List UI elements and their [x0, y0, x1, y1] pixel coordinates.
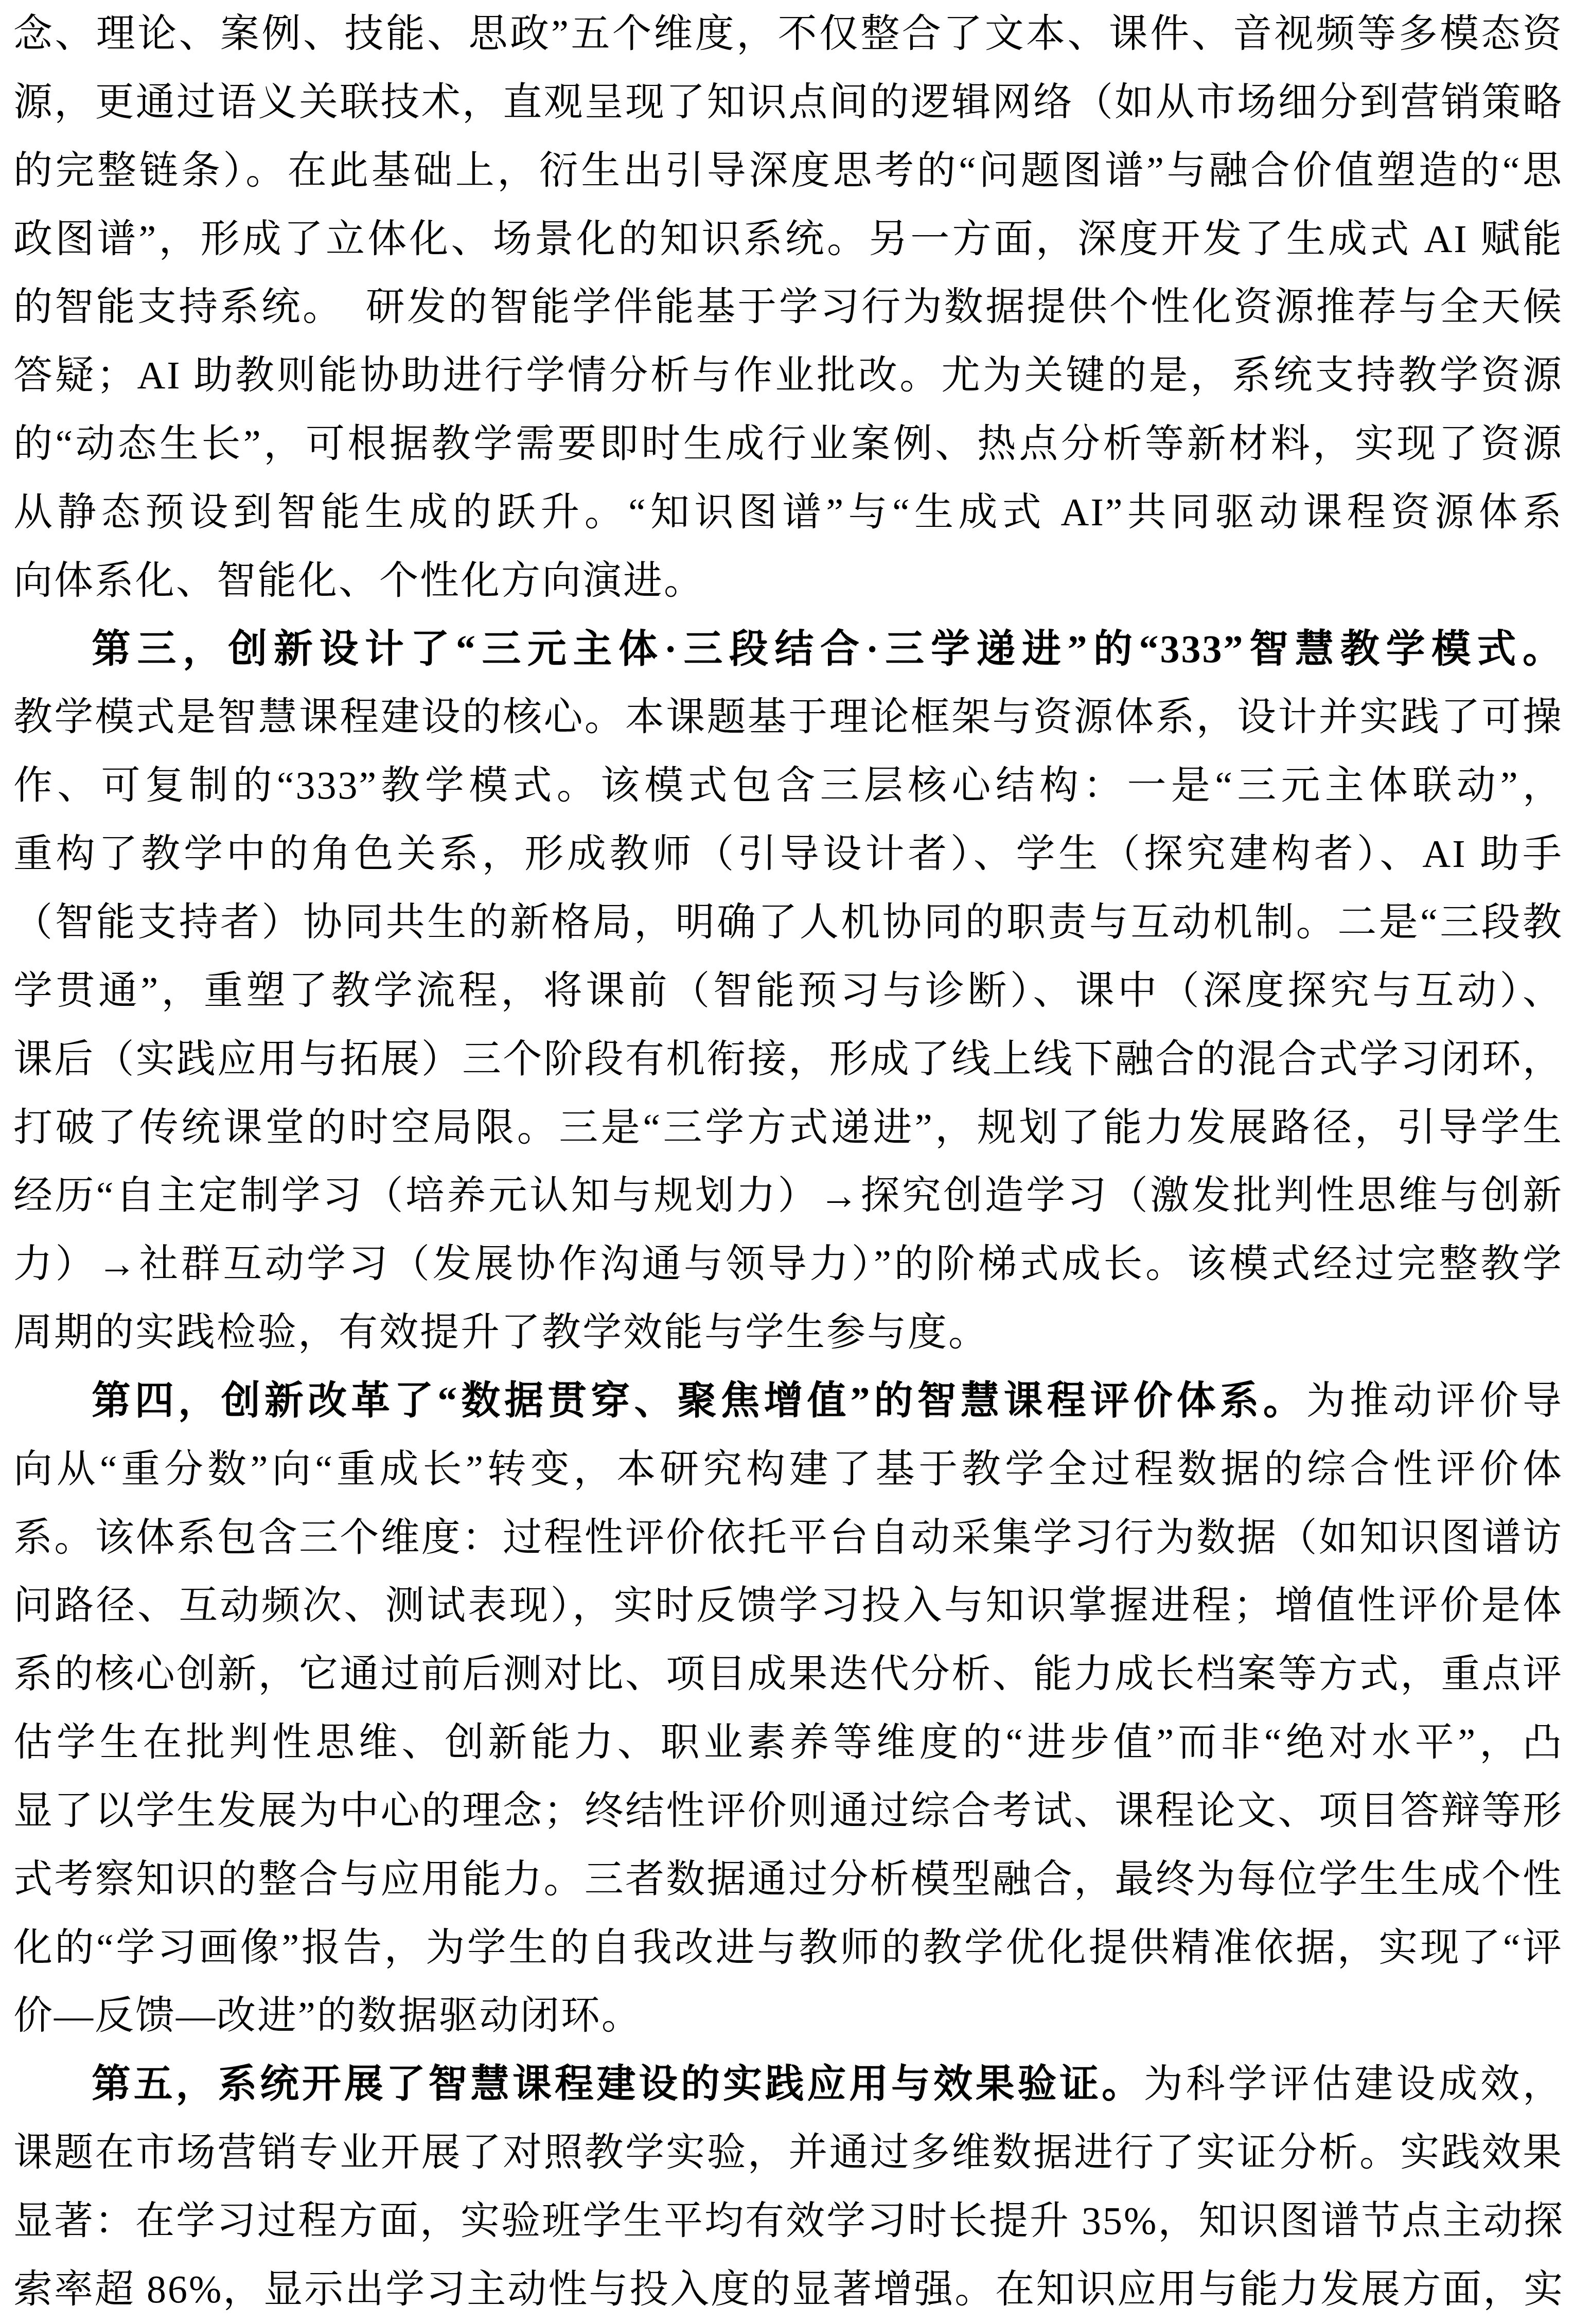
document-body: 念、理论、案例、技能、思政”五个维度，不仅整合了文本、课件、音视频等多模态资源，… — [13, 0, 1563, 2324]
text-line: 价—反馈—改进”的数据驱动闭环。 — [13, 1982, 1563, 2050]
text-run: 重构了教学中的角色关系，形成教师（引导设计者）、学生（探究建构者）、AI 助手 — [13, 832, 1563, 876]
text-line: 学贯通”，重塑了教学流程，将课前（智能预习与诊断）、课中（深度探究与互动）、 — [13, 957, 1563, 1025]
text-line: 式考察知识的整合与应用能力。三者数据通过分析模型融合，最终为每位学生生成个性 — [13, 1846, 1563, 1914]
text-run: 打破了传统课堂的时空局限。三是“三学方式递进”，规划了能力发展路径，引导学生 — [13, 1106, 1563, 1149]
text-line: 经历“自主定制学习（培养元认知与规划力）→探究创造学习（激发批判性思维与创新 — [13, 1162, 1563, 1230]
text-run: 为推动评价导 — [1306, 1379, 1563, 1423]
text-line: 系的核心创新，它通过前后测对比、项目成果迭代分析、能力成长档案等方式，重点评 — [13, 1640, 1563, 1709]
text-run: 学贯通”，重塑了教学流程，将课前（智能预习与诊断）、课中（深度探究与互动）、 — [13, 969, 1563, 1013]
text-line: 第四，创新改革了“数据贯穿、聚焦增值”的智慧课程评价体系。为推动评价导 — [13, 1367, 1563, 1435]
text-line: 的智能支持系统。 研发的智能学伴能基于学习行为数据提供个性化资源推荐与全天候 — [13, 273, 1563, 342]
text-line: 显了以学生发展为中心的理念；终结性评价则通过综合考试、课程论文、项目答辩等形 — [13, 1777, 1563, 1846]
text-run: 政图谱”，形成了立体化、场景化的知识系统。另一方面，深度开发了生成式 AI 赋能 — [13, 218, 1563, 261]
text-run: （智能支持者）协同共生的新格局，明确了人机协同的职责与互动机制。二是“三段教 — [13, 901, 1563, 944]
text-run: 系的核心创新，它通过前后测对比、项目成果迭代分析、能力成长档案等方式，重点评 — [13, 1653, 1563, 1696]
text-run: 作、可复制的“333”教学模式。该模式包含三层核心结构：一是“三元主体联动”， — [13, 764, 1563, 807]
text-line: 周期的实践检验，有效提升了教学效能与学生参与度。 — [13, 1299, 1563, 1367]
text-run: 索率超 86%，显示出学习主动性与投入度的显著增强。在知识应用与能力发展方面，实 — [13, 2268, 1564, 2311]
text-line: 课后（实践应用与拓展）三个阶段有机衔接，形成了线上线下融合的混合式学习闭环， — [13, 1025, 1563, 1094]
text-line: 第五，系统开展了智慧课程建设的实践应用与效果验证。为科学评估建设成效， — [13, 2050, 1563, 2119]
text-run: 系。该体系包含三个维度：过程性评价依托平台自动采集学习行为数据（如知识图谱访 — [13, 1516, 1563, 1559]
text-run: 价—反馈—改进”的数据驱动闭环。 — [13, 1994, 642, 2037]
text-run: 力）→社群互动学习（发展协作沟通与领导力）”的阶梯式成长。该模式经过完整教学 — [13, 1243, 1563, 1286]
text-line: 从静态预设到智能生成的跃升。“知识图谱”与“生成式 AI”共同驱动课程资源体系 — [13, 478, 1563, 547]
text-line: 重构了教学中的角色关系，形成教师（引导设计者）、学生（探究建构者）、AI 助手 — [13, 820, 1563, 889]
text-run: 的“动态生长”，可根据教学需要即时生成行业案例、热点分析等新材料，实现了资源 — [13, 422, 1563, 466]
text-line: 问路径、互动频次、测试表现），实时反馈学习投入与知识掌握进程；增值性评价是体 — [13, 1572, 1563, 1640]
text-run: 化的“学习画像”报告，为学生的自我改进与教师的教学优化提供精准依据，实现了“评 — [13, 1926, 1563, 1970]
text-run: 周期的实践检验，有效提升了教学效能与学生参与度。 — [13, 1311, 989, 1354]
text-run: 问路径、互动频次、测试表现），实时反馈学习投入与知识掌握进程；增值性评价是体 — [13, 1584, 1563, 1627]
text-line: 答疑；AI 助教则能协助进行学情分析与作业批改。尤为关键的是，系统支持教学资源 — [13, 342, 1563, 410]
text-run: 向体系化、智能化、个性化方向演进。 — [13, 559, 704, 602]
text-run: 向从“重分数”向“重成长”转变，本研究构建了基于教学全过程数据的综合性评价体 — [13, 1448, 1563, 1491]
text-line: 化的“学习画像”报告，为学生的自我改进与教师的教学优化提供精准依据，实现了“评 — [13, 1914, 1563, 1982]
text-line: 估学生在批判性思维、创新能力、职业素养等维度的“进步值”而非“绝对水平”，凸 — [13, 1709, 1563, 1777]
text-line: 向从“重分数”向“重成长”转变，本研究构建了基于教学全过程数据的综合性评价体 — [13, 1435, 1563, 1504]
text-run: 显著：在学习过程方面，实验班学生平均有效学习时长提升 35%，知识图谱节点主动探 — [13, 2199, 1564, 2243]
text-line: 第三，创新设计了“三元主体·三段结合·三学递进”的“333”智慧教学模式。 — [13, 615, 1563, 684]
text-line: 教学模式是智慧课程建设的核心。本课题基于理论框架与资源体系，设计并实践了可操 — [13, 683, 1563, 752]
text-line: 显著：在学习过程方面，实验班学生平均有效学习时长提升 35%，知识图谱节点主动探 — [13, 2187, 1563, 2256]
text-run: 源，更通过语义关联技术，直观呈现了知识点间的逻辑网络（如从市场细分到营销策略 — [13, 81, 1563, 124]
bold-text-run: 第三，创新设计了“三元主体·三段结合·三学递进”的“333”智慧教学模式。 — [92, 628, 1563, 671]
text-run: 的完整链条）。在此基础上，衍生出引导深度思考的“问题图谱”与融合价值塑造的“思 — [13, 149, 1563, 192]
text-line: 系。该体系包含三个维度：过程性评价依托平台自动采集学习行为数据（如知识图谱访 — [13, 1504, 1563, 1572]
text-run: 念、理论、案例、技能、思政”五个维度，不仅整合了文本、课件、音视频等多模态资 — [13, 12, 1563, 56]
text-line: 的“动态生长”，可根据教学需要即时生成行业案例、热点分析等新材料，实现了资源 — [13, 410, 1563, 478]
text-line: 作、可复制的“333”教学模式。该模式包含三层核心结构：一是“三元主体联动”， — [13, 752, 1563, 820]
text-line: （智能支持者）协同共生的新格局，明确了人机协同的职责与互动机制。二是“三段教 — [13, 889, 1563, 957]
text-line: 政图谱”，形成了立体化、场景化的知识系统。另一方面，深度开发了生成式 AI 赋能 — [13, 205, 1563, 274]
text-run: 教学模式是智慧课程建设的核心。本课题基于理论框架与资源体系，设计并实践了可操 — [13, 696, 1563, 739]
text-run: 经历“自主定制学习（培养元认知与规划力）→探究创造学习（激发批判性思维与创新 — [13, 1174, 1563, 1217]
bold-text-run: 第四，创新改革了“数据贯穿、聚焦增值”的智慧课程评价体系。 — [92, 1379, 1306, 1423]
text-run: 为科学评估建设成效， — [1144, 2063, 1563, 2106]
text-line: 课题在市场营销专业开展了对照教学实验，并通过多维数据进行了实证分析。实践效果 — [13, 2119, 1563, 2187]
text-run: 式考察知识的整合与应用能力。三者数据通过分析模型融合，最终为每位学生生成个性 — [13, 1858, 1563, 1901]
text-line: 力）→社群互动学习（发展协作沟通与领导力）”的阶梯式成长。该模式经过完整教学 — [13, 1230, 1563, 1299]
text-run: 的智能支持系统。 研发的智能学伴能基于学习行为数据提供个性化资源推荐与全天候 — [13, 286, 1563, 329]
document-page: 念、理论、案例、技能、思政”五个维度，不仅整合了文本、课件、音视频等多模态资源，… — [0, 0, 1574, 2324]
text-run: 从静态预设到智能生成的跃升。“知识图谱”与“生成式 AI”共同驱动课程资源体系 — [13, 491, 1563, 534]
text-line: 源，更通过语义关联技术，直观呈现了知识点间的逻辑网络（如从市场细分到营销策略 — [13, 68, 1563, 137]
text-line: 的完整链条）。在此基础上，衍生出引导深度思考的“问题图谱”与融合价值塑造的“思 — [13, 137, 1563, 205]
text-line: 向体系化、智能化、个性化方向演进。 — [13, 547, 1563, 615]
text-line: 打破了传统课堂的时空局限。三是“三学方式递进”，规划了能力发展路径，引导学生 — [13, 1094, 1563, 1162]
text-run: 答疑；AI 助教则能协助进行学情分析与作业批改。尤为关键的是，系统支持教学资源 — [13, 354, 1563, 397]
text-line: 念、理论、案例、技能、思政”五个维度，不仅整合了文本、课件、音视频等多模态资 — [13, 0, 1563, 68]
text-run: 估学生在批判性思维、创新能力、职业素养等维度的“进步值”而非“绝对水平”，凸 — [13, 1721, 1563, 1764]
text-run: 课后（实践应用与拓展）三个阶段有机衔接，形成了线上线下融合的混合式学习闭环， — [13, 1038, 1563, 1081]
text-line: 索率超 86%，显示出学习主动性与投入度的显著增强。在知识应用与能力发展方面，实 — [13, 2256, 1563, 2324]
text-run: 显了以学生发展为中心的理念；终结性评价则通过综合考试、课程论文、项目答辩等形 — [13, 1789, 1563, 1833]
text-run: 课题在市场营销专业开展了对照教学实验，并通过多维数据进行了实证分析。实践效果 — [13, 2131, 1563, 2174]
bold-text-run: 第五，系统开展了智慧课程建设的实践应用与效果验证。 — [92, 2063, 1144, 2106]
